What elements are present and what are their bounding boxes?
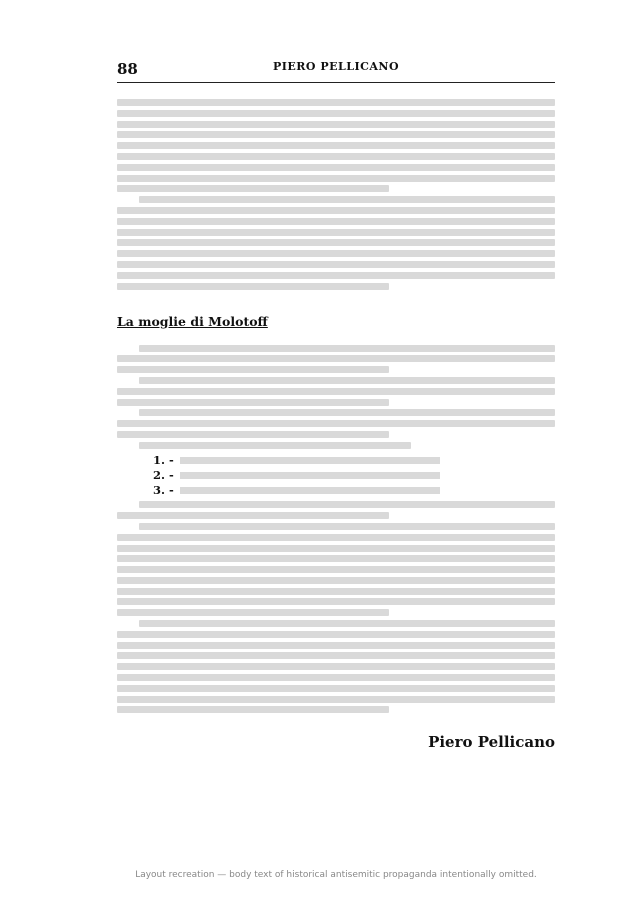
redacted-text-block [117,99,555,192]
list-item-number: 1. - [153,453,174,467]
redacted-text-block [117,501,555,519]
redacted-text-block [117,196,555,289]
list-item-number: 3. - [153,483,174,497]
redacted-text-block [180,457,440,464]
redacted-text-block [180,472,440,479]
paragraph [117,99,555,192]
running-head-title: PIERO PELLICANO [117,60,555,73]
redacted-text-block [117,377,555,406]
article-body: La moglie di Molotoff1. -2. -3. - [117,99,555,713]
paragraph [117,442,555,449]
document-page: 88 PIERO PELLICANO La moglie di Molotoff… [117,60,555,751]
list-item: 2. - [117,468,555,483]
paragraph [117,196,555,289]
redacted-text-block [117,620,555,713]
paragraph [117,345,555,374]
running-header: 88 PIERO PELLICANO [117,60,555,78]
list-item: 3. - [117,483,555,498]
redacted-text-block [117,442,555,449]
redacted-text-block [117,523,555,616]
header-rule [117,82,555,83]
redacted-text-block [180,487,440,494]
redaction-note: Layout recreation — body text of histori… [117,870,555,880]
redacted-text-block [117,409,555,438]
list-item: 1. - [117,453,555,468]
paragraph [117,501,555,519]
section-heading: La moglie di Molotoff [117,314,555,329]
list-item-number: 2. - [153,468,174,482]
paragraph [117,409,555,438]
paragraph [117,523,555,616]
paragraph [117,377,555,406]
redacted-text-block [117,345,555,374]
paragraph [117,620,555,713]
numbered-list: 1. -2. -3. - [117,453,555,498]
author-signature: Piero Pellicano [117,733,555,751]
